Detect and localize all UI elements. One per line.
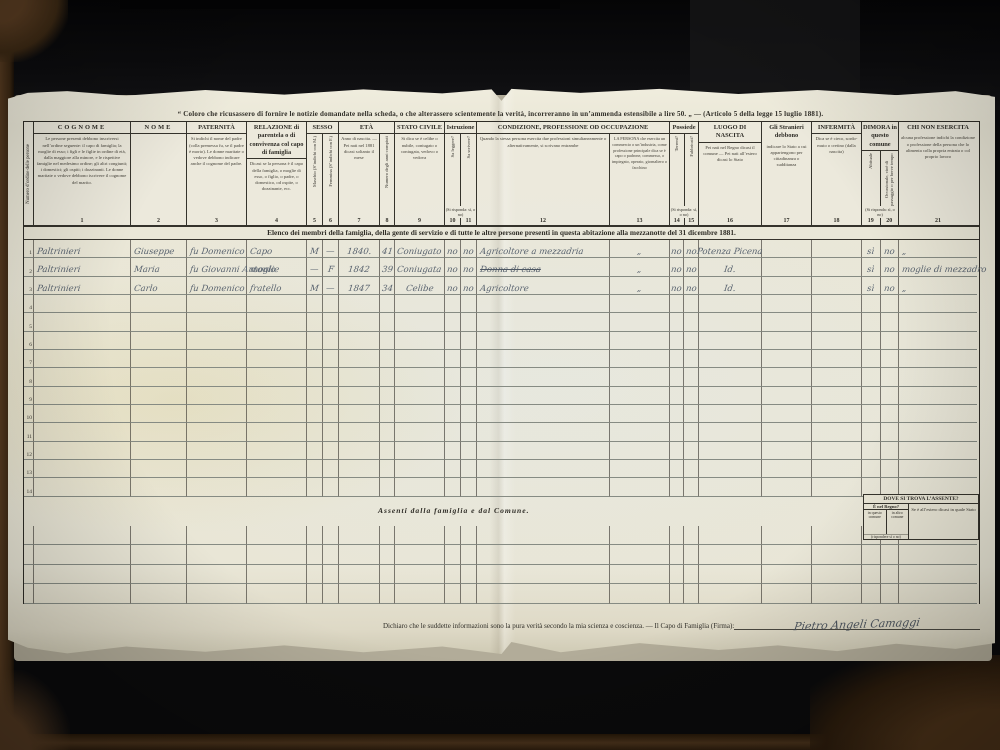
table-row — [24, 545, 979, 565]
handwritten-entry: Potenza Picena — [697, 248, 763, 257]
cell-anni — [380, 368, 395, 386]
terreni-label: Terreni? — [674, 136, 679, 151]
cell-stranieri — [762, 545, 812, 565]
cell-fabbricati — [684, 565, 699, 585]
cell-fabbricati — [684, 478, 699, 496]
cell-professione — [477, 405, 610, 423]
cell-nascita — [699, 350, 762, 368]
cell-terreni — [670, 460, 684, 478]
handwritten-entry: sì — [867, 248, 875, 257]
handwritten-entry: fu Domenico — [189, 248, 244, 257]
handwritten-entry: no — [685, 285, 697, 294]
cell-nascita — [699, 545, 762, 565]
cell-m — [307, 423, 323, 441]
cell-occasionale — [881, 545, 899, 565]
handwritten-entry: Celibe — [405, 285, 433, 294]
handwritten-entry: no — [447, 266, 459, 275]
wood-corner-bottom-left — [0, 670, 70, 750]
nascita-desc: Pei nati nel Regno dicasi il comune — Pe… — [699, 143, 761, 165]
cell-stato: Coniugata — [395, 258, 445, 276]
handwritten-entry: no — [463, 266, 475, 275]
cell-relazione — [247, 313, 307, 331]
wood-corner-top-left — [0, 0, 68, 62]
cell-legge: no — [445, 240, 461, 258]
cell-infermita — [812, 442, 862, 460]
col-number: 15 — [684, 218, 699, 225]
cell-nome — [131, 545, 187, 565]
cell-n: 9 — [24, 387, 34, 405]
cell-legge — [445, 584, 461, 604]
cell-f — [323, 405, 339, 423]
table-row: 3PaltrinieriCarlofu DomenicofratelloM—18… — [24, 277, 979, 295]
cell-occasionale: no — [881, 258, 899, 276]
cell-m: M — [307, 277, 323, 295]
cell-paternita — [187, 295, 247, 313]
declaration: Dichiaro che le suddette informazioni so… — [383, 612, 980, 630]
col-sesso: SESSO Maschio (S’indichi con M.)5 Femmin… — [307, 122, 339, 225]
cell-legge — [445, 460, 461, 478]
cell-infermita — [812, 405, 862, 423]
cell-stato — [395, 423, 445, 441]
cell-m — [307, 584, 323, 604]
cell-persona — [610, 405, 670, 423]
possiede-nota: (Si risponda: sì, o no) — [670, 206, 698, 218]
cell-scrive — [461, 423, 477, 441]
cell-relazione — [247, 526, 307, 546]
cell-paternita — [187, 442, 247, 460]
cell-nascita — [699, 405, 762, 423]
la-persona-desc: LA PERSONA che esercita un commercio o u… — [610, 134, 669, 171]
cell-f — [323, 478, 339, 496]
cell-infermita — [812, 387, 862, 405]
cell-relazione — [247, 565, 307, 585]
cell-n: 1 — [24, 240, 34, 258]
cell-anno — [339, 584, 380, 604]
cell-cognome — [34, 350, 131, 368]
cell-abituale — [862, 350, 881, 368]
cell-professione — [477, 565, 610, 585]
col-dimora: DIMORA in questo comune Abituale Occasio… — [862, 122, 899, 225]
relazione-desc: Dicasi se la persona è il capo della fam… — [247, 159, 306, 193]
cell-cognome: Paltrinieri — [34, 277, 131, 295]
cell-f — [323, 295, 339, 313]
col-number: 19 — [862, 218, 880, 225]
cell-nascita — [699, 332, 762, 350]
census-sheet: “ Coloro che ricusassero di fornire le n… — [8, 86, 995, 658]
cell-cognome — [34, 423, 131, 441]
cell-professione — [477, 545, 610, 565]
cell-terreni — [670, 478, 684, 496]
cell-f — [323, 526, 339, 546]
cell-chi — [899, 442, 977, 460]
cell-infermita — [812, 332, 862, 350]
cell-persona — [610, 478, 670, 496]
cell-stranieri — [762, 295, 812, 313]
cell-legge: no — [445, 258, 461, 276]
col-number: 4 — [247, 218, 306, 225]
cell-n: 11 — [24, 423, 34, 441]
cell-relazione — [247, 350, 307, 368]
cognome-title: COGNOME — [34, 122, 130, 134]
cell-professione: Agricoltore — [477, 277, 610, 295]
stranieri-title: Gli Stranieri debbono — [762, 122, 811, 142]
cell-f — [323, 350, 339, 368]
table-row: 7 — [24, 350, 979, 368]
col-stranieri: Gli Stranieri debbono indicare lo Stato … — [762, 122, 812, 225]
row-number-label: Numero d’ordine delle persone — [26, 144, 31, 204]
cell-fabbricati — [684, 584, 699, 604]
cell-professione: Agricoltore a mezzadria — [477, 240, 610, 258]
infermita-title: INFERMITÀ — [812, 122, 861, 134]
table-row: 10 — [24, 405, 979, 423]
cell-paternita — [187, 584, 247, 604]
handwritten-entry: 41 — [381, 248, 393, 257]
cell-anno — [339, 295, 380, 313]
cell-fabbricati — [684, 295, 699, 313]
handwritten-entry: moglie — [249, 266, 279, 275]
cell-anno: 1847 — [339, 277, 380, 295]
table-header: Numero d’ordine delle persone COGNOME Le… — [24, 122, 979, 227]
cell-infermita — [812, 526, 862, 546]
cell-persona — [610, 332, 670, 350]
cell-stranieri — [762, 405, 812, 423]
cell-m — [307, 368, 323, 386]
cell-stranieri — [762, 350, 812, 368]
cell-scrive: no — [461, 258, 477, 276]
cell-nome — [131, 387, 187, 405]
cell-f — [323, 565, 339, 585]
cell-nascita — [699, 313, 762, 331]
cell-paternita — [187, 350, 247, 368]
cell-anno — [339, 478, 380, 496]
cell-stranieri — [762, 387, 812, 405]
cell-nome — [131, 295, 187, 313]
col-number: 11 — [460, 218, 476, 225]
cell-persona — [610, 350, 670, 368]
cell-professione — [477, 584, 610, 604]
handwritten-entry: „ — [637, 266, 642, 275]
cell-stranieri — [762, 460, 812, 478]
cell-relazione — [247, 295, 307, 313]
cell-abituale: sì — [862, 240, 881, 258]
cell-scrive — [461, 405, 477, 423]
cell-terreni: no — [670, 258, 684, 276]
cell-abituale — [862, 423, 881, 441]
cell-n — [24, 584, 34, 604]
cell-anno — [339, 368, 380, 386]
cell-abituale — [862, 460, 881, 478]
cell-infermita — [812, 295, 862, 313]
table-row: 6 — [24, 332, 979, 350]
cell-legge — [445, 332, 461, 350]
handwritten-entry: Paltrinieri — [36, 266, 80, 275]
cell-nome — [131, 526, 187, 546]
cell-f: — — [323, 240, 339, 258]
cell-professione — [477, 526, 610, 546]
cell-persona — [610, 423, 670, 441]
cell-m — [307, 442, 323, 460]
cell-occasionale — [881, 565, 899, 585]
chi-non-title: CHI NON ESERCITA — [899, 122, 977, 133]
cell-abituale — [862, 584, 881, 604]
handwritten-entry: Id. — [724, 285, 737, 294]
cell-professione — [477, 423, 610, 441]
handwritten-entry: Paltrinieri — [36, 285, 80, 294]
cell-legge: no — [445, 277, 461, 295]
cell-stranieri — [762, 240, 812, 258]
cell-occasionale — [881, 313, 899, 331]
cell-professione — [477, 368, 610, 386]
cell-stato — [395, 584, 445, 604]
cell-infermita — [812, 460, 862, 478]
cell-chi — [899, 313, 977, 331]
cell-cognome — [34, 526, 131, 546]
cell-scrive: no — [461, 240, 477, 258]
cell-nascita — [699, 423, 762, 441]
handwritten-entry: Agricoltore — [479, 285, 529, 294]
cell-stato: Coniugato — [395, 240, 445, 258]
cell-n: 3 — [24, 277, 34, 295]
cell-paternita — [187, 545, 247, 565]
sesso-m-label: Maschio (S’indichi con M.) — [312, 136, 317, 187]
abituale-label: Abituale — [868, 153, 873, 169]
cell-stato — [395, 295, 445, 313]
col-condizione: CONDIZIONE, PROFESSIONE OD OCCUPAZIONE Q… — [477, 122, 670, 225]
cell-relazione — [247, 405, 307, 423]
cell-infermita — [812, 478, 862, 496]
cell-m — [307, 526, 323, 546]
handwritten-entry: „ — [901, 285, 906, 294]
cell-cognome — [34, 478, 131, 496]
handwritten-entry: F — [327, 266, 334, 275]
cell-paternita — [187, 313, 247, 331]
col-number: 16 — [699, 218, 761, 225]
cell-occasionale — [881, 368, 899, 386]
sa-scrivere-label: Sa scrivere? — [466, 136, 471, 158]
col-number: 20 — [880, 218, 899, 225]
absent-section-title: Assenti dalla famiglia e dal Comune. — [24, 506, 884, 515]
eta-anno-label: Anno di nascita. — Pei nati nel 1881 dic… — [339, 134, 379, 162]
cell-scrive — [461, 584, 477, 604]
cell-stranieri — [762, 313, 812, 331]
cell-anni — [380, 387, 395, 405]
handwritten-entry: Coniugato — [397, 248, 442, 257]
cell-fabbricati — [684, 545, 699, 565]
cell-m — [307, 565, 323, 585]
cell-nascita: Id. — [699, 258, 762, 276]
cell-chi — [899, 295, 977, 313]
cell-chi — [899, 368, 977, 386]
cell-nome — [131, 368, 187, 386]
cell-persona — [610, 387, 670, 405]
cell-fabbricati — [684, 442, 699, 460]
cell-paternita — [187, 460, 247, 478]
col-number: 18 — [812, 218, 861, 225]
handwritten-entry: no — [685, 248, 697, 257]
table-row: 4 — [24, 295, 979, 313]
cell-chi: moglie di mezzadro — [899, 258, 977, 276]
col-number: 21 — [899, 218, 977, 225]
cell-terreni: no — [670, 277, 684, 295]
present-section-title: Elenco dei membri della famiglia, della … — [24, 227, 979, 240]
handwritten-entry: 1847 — [348, 285, 371, 294]
col-number: 2 — [131, 218, 186, 225]
cell-fabbricati — [684, 387, 699, 405]
cell-nascita — [699, 460, 762, 478]
cell-relazione — [247, 423, 307, 441]
col-cognome: COGNOME Le persone presenti debbono insc… — [34, 122, 131, 225]
handwritten-entry: moglie di mezzadro — [901, 266, 986, 275]
cell-occasionale: no — [881, 277, 899, 295]
cell-nascita — [699, 442, 762, 460]
table-row: 1PaltrinieriGiuseppefu DomenicoCapoM—184… — [24, 240, 979, 258]
cell-nome: Giuseppe — [131, 240, 187, 258]
cell-anno — [339, 423, 380, 441]
handwritten-entry: „ — [637, 285, 642, 294]
cell-relazione: moglie — [247, 258, 307, 276]
cell-professione — [477, 387, 610, 405]
cell-f — [323, 460, 339, 478]
table-row: 9 — [24, 387, 979, 405]
paternita-title: PATERNITÀ — [187, 122, 246, 134]
cell-relazione — [247, 478, 307, 496]
cell-scrive — [461, 368, 477, 386]
cell-f: F — [323, 258, 339, 276]
cell-anno — [339, 332, 380, 350]
cell-paternita — [187, 478, 247, 496]
cell-abituale — [862, 545, 881, 565]
absent-rows — [24, 526, 979, 604]
table-row: 8 — [24, 368, 979, 386]
cell-professione — [477, 442, 610, 460]
cell-infermita — [812, 258, 862, 276]
cell-anni — [380, 350, 395, 368]
dimora-title: DIMORA in questo comune — [862, 122, 898, 151]
cell-f — [323, 584, 339, 604]
cell-nome — [131, 332, 187, 350]
cell-legge — [445, 387, 461, 405]
cell-cognome — [34, 387, 131, 405]
cell-fabbricati — [684, 460, 699, 478]
present-rows: 1PaltrinieriGiuseppefu DomenicoCapoM—184… — [24, 240, 979, 497]
cell-anni — [380, 405, 395, 423]
condizione-title: CONDIZIONE, PROFESSIONE OD OCCUPAZIONE — [477, 122, 669, 134]
cell-nome — [131, 565, 187, 585]
cell-fabbricati: no — [684, 258, 699, 276]
cell-legge — [445, 295, 461, 313]
cell-scrive: no — [461, 277, 477, 295]
handwritten-entry: 1840. — [346, 248, 371, 257]
cell-nome — [131, 478, 187, 496]
table-row — [24, 526, 979, 546]
questo-comune-label: in questo comune — [864, 510, 886, 534]
cell-stranieri — [762, 526, 812, 546]
table-row: 14 — [24, 478, 979, 496]
table-row: 12 — [24, 442, 979, 460]
cell-professione: Donna di casa — [477, 258, 610, 276]
cell-cognome — [34, 565, 131, 585]
cell-terreni — [670, 423, 684, 441]
handwritten-entry: sì — [867, 266, 875, 275]
cell-relazione — [247, 387, 307, 405]
cell-cognome — [34, 313, 131, 331]
handwritten-entry: Maria — [133, 266, 160, 275]
cell-n: 14 — [24, 478, 34, 496]
cell-abituale — [862, 442, 881, 460]
cell-terreni — [670, 332, 684, 350]
cell-chi — [899, 405, 977, 423]
handwritten-entry: Id. — [724, 266, 737, 275]
col-number: 7 — [339, 218, 379, 225]
handwritten-entry: no — [463, 248, 475, 257]
cell-nome — [131, 442, 187, 460]
relazione-title: RELAZIONE di parentela o di convivenza c… — [247, 122, 306, 159]
handwritten-entry: Agricoltore a mezzadria — [479, 248, 584, 257]
cell-n: 12 — [24, 442, 34, 460]
col-relazione: RELAZIONE di parentela o di convivenza c… — [247, 122, 307, 225]
cell-anni — [380, 460, 395, 478]
cell-abituale: sì — [862, 277, 881, 295]
cell-abituale — [862, 387, 881, 405]
table-row — [24, 584, 979, 604]
cell-n — [24, 545, 34, 565]
cell-stato — [395, 350, 445, 368]
cell-occasionale — [881, 350, 899, 368]
cell-relazione — [247, 460, 307, 478]
cell-scrive — [461, 350, 477, 368]
cell-paternita — [187, 368, 247, 386]
cell-f: — — [323, 277, 339, 295]
condizione-desc: Quando la stessa persona esercita due pr… — [477, 134, 609, 149]
cell-terreni — [670, 545, 684, 565]
infermita-desc: Dica se è cieco, sordo-muto o cretino (d… — [812, 134, 861, 156]
cell-n: 13 — [24, 460, 34, 478]
cell-relazione — [247, 442, 307, 460]
cell-professione — [477, 332, 610, 350]
cell-occasionale — [881, 332, 899, 350]
cell-cognome — [34, 368, 131, 386]
cell-occasionale — [881, 460, 899, 478]
cell-infermita — [812, 368, 862, 386]
cell-stato — [395, 442, 445, 460]
cell-persona — [610, 295, 670, 313]
chi-non-desc: alcuna professione indichi la condizione… — [899, 133, 977, 161]
cell-stato — [395, 545, 445, 565]
handwritten-entry: — — [310, 266, 320, 275]
cell-f — [323, 387, 339, 405]
col-number: 13 — [610, 218, 669, 225]
cell-f — [323, 368, 339, 386]
cell-anno — [339, 460, 380, 478]
cell-nascita — [699, 368, 762, 386]
handwritten-entry: 1842 — [348, 266, 371, 275]
cell-terreni — [670, 405, 684, 423]
cell-chi: „ — [899, 240, 977, 258]
cell-legge — [445, 423, 461, 441]
handwritten-entry: no — [447, 248, 459, 257]
cell-paternita — [187, 387, 247, 405]
cell-anno — [339, 313, 380, 331]
cell-relazione: fratello — [247, 277, 307, 295]
cell-legge — [445, 405, 461, 423]
col-number: 1 — [34, 218, 130, 225]
col-number: 8 — [380, 218, 394, 225]
cell-persona: „ — [610, 240, 670, 258]
cell-paternita — [187, 332, 247, 350]
cell-scrive — [461, 332, 477, 350]
cell-abituale — [862, 368, 881, 386]
cell-anno — [339, 545, 380, 565]
